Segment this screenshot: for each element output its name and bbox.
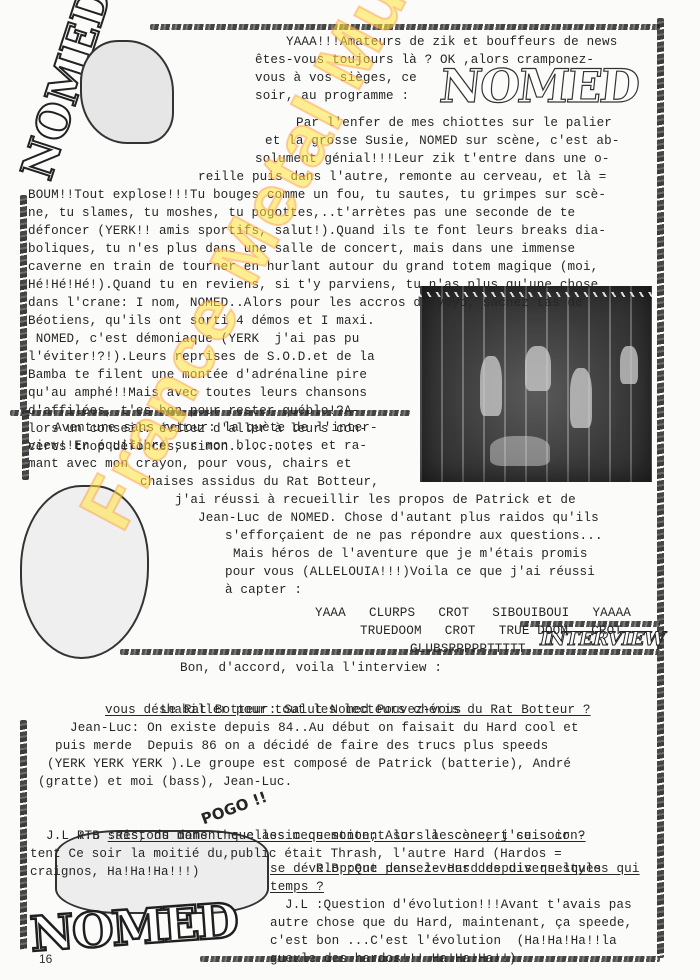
review-line-10: Hé!Hé!Hé!).Quand tu en reviens, si t'y p…	[28, 277, 598, 295]
concert-photo	[420, 286, 652, 482]
adventure-line-7: s'efforçaient de ne pas répondre aux que…	[225, 528, 603, 546]
a1-line-1: Jean-Luc: On existe depuis 84..Au début …	[70, 720, 579, 738]
adventure-line-6: Jean-Luc de NOMED. Chose d'autant plus r…	[198, 510, 599, 528]
a1-line-4: (gratte) et moi (bass), Jean-Luc.	[38, 774, 292, 792]
barbed-wire-right	[657, 18, 664, 958]
a3-line-3: c'est bon ...C'est l'évolution (Ha!Ha!Ha…	[270, 933, 617, 951]
interview-intro: Bon, d'accord, voila l'interview :	[180, 660, 442, 678]
a1-line-3: (YERK YERK YERK ).Le groupe est composé …	[47, 756, 571, 774]
review-line-12: Béotiens, qu'ils ont sorti 4 démos et I …	[28, 313, 375, 331]
q1-line-2: vous déshabiller pour tout les lecteurs …	[105, 702, 591, 720]
review-line-8: boliques, tu n'es plus dans une salle de…	[28, 241, 575, 259]
a1-line-2: puis merde Depuis 86 on a décidé de fair…	[55, 738, 548, 756]
review-line-17: d'affilées, t'es bon pour rester québlo!…	[28, 403, 359, 421]
review-line-11: dans l'crane: I nom, NOMED..Alors pour l…	[28, 295, 583, 313]
review-line-15: Bamba te filent une montée d'adrénaline …	[28, 367, 367, 385]
review-line-2: et la grosse Susie, NOMED sur scène, c'e…	[265, 133, 620, 151]
noise-line-1: YAAA CLURPS CROT SIBOUIBOUI YAAAA	[315, 605, 631, 623]
q3-line-3: temps ?	[270, 879, 324, 897]
review-line-7: défoncer (YERK!! amis sportifs, salut!).…	[28, 223, 606, 241]
adventure-line-9: pour vous (ALLELOUIA!!!)Voila ce que j'a…	[225, 564, 595, 582]
a2-line-3: craignos, Ha!Ha!Ha!!!)	[30, 864, 200, 882]
adventure-line-3: mant avec mon crayon, pour vous, chairs …	[28, 456, 352, 474]
review-line-3: solument génial!!!Leur zik t'entre dans …	[255, 151, 610, 169]
intro-line-4: soir, au programme :	[255, 88, 409, 106]
review-line-6: ne, tu slames, tu moshes, tu pogottes,..…	[28, 205, 575, 223]
adventure-line-1: Aventure sans retour: la quète de l'inte…	[54, 420, 378, 438]
review-line-14: l'éviter!?!).Leurs reprises de S.O.D.et …	[28, 349, 375, 367]
bottom-nomed-logo: NOMED	[28, 893, 238, 963]
review-line-5: BOUM!!Tout explose!!!Tu bouges comme un …	[28, 187, 606, 205]
adventure-line-2: view!!En équilibre sur mon bloc-notes et…	[28, 438, 367, 456]
adventure-line-5: j'ai réussi à recueillir les propos de P…	[175, 492, 576, 510]
barbed-wire-left-upper	[20, 195, 27, 410]
q3-line-2: se développent dans le Hard depuis quelq…	[270, 861, 601, 879]
page-number: 16	[39, 952, 52, 966]
adventure-line-4: chaises assidus du Rat Botteur,	[140, 474, 379, 492]
barbed-wire-top	[150, 24, 660, 30]
noise-line-2: TRUEDOOM CROT TRUE DOOM CROT	[360, 623, 622, 641]
review-line-4: reille puis dans l'autre, remonte au cer…	[198, 169, 607, 187]
guitarist-cartoon	[80, 40, 174, 144]
barbed-wire-left-lower	[20, 720, 27, 950]
adventure-line-8: Mais héros de l'aventure que je m'étais …	[233, 546, 588, 564]
review-line-16: qu'au amphé!!Mais avec toutes leurs chan…	[28, 385, 367, 403]
review-line-1: Par l'enfer de mes chiottes sur le palie…	[296, 115, 612, 133]
fanzine-page: NOMED NOMED POGO !! INTERVIEW NOMED YAAA…	[0, 0, 700, 980]
a3-line-1: J.L :Question d'évolution!!!Avant t'avai…	[285, 897, 632, 915]
review-line-13: NOMED, c'est démoniaque (YERK j'ai pas p…	[28, 331, 359, 349]
a3-line-4: gueule des hardos!!! Ha!Ha!Ha!!)	[270, 951, 517, 969]
review-line-9: caverne en train de tourner en hurlant a…	[28, 259, 598, 277]
intro-line-1: YAAA!!!Amateurs de zik et bouffeurs de n…	[286, 34, 617, 52]
intro-line-2: êtes-vous toujours là ? OK ,alors crampo…	[255, 52, 594, 70]
adventure-line-10: à capter :	[225, 582, 302, 600]
intro-line-3: vous à vos sièges, ce	[255, 70, 417, 88]
noise-line-3: GLUBSRPPPPTTTTT	[410, 641, 526, 659]
skater-rat-cartoon	[20, 485, 149, 659]
a3-line-2: autre chose que du Hard, maintenant, ça …	[270, 915, 632, 933]
